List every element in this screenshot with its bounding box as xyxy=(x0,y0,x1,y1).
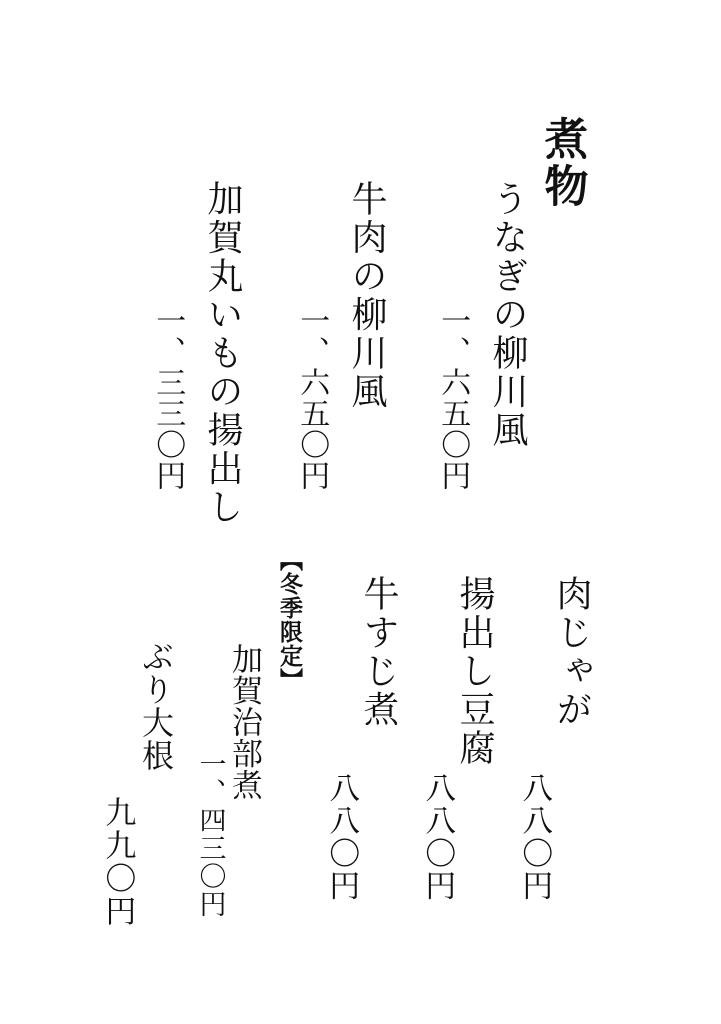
menu-item-agedashi-tofu: 揚出し豆腐 八八〇円 xyxy=(421,575,493,902)
dish-name: 牛肉の柳川風 xyxy=(347,180,385,491)
seasonal-badge: 【冬季限定】 xyxy=(278,548,302,692)
menu-item-kaga-maruimo-agedashi: 加賀丸いもの揚出し 一、三三〇円 xyxy=(152,180,241,527)
dish-name: うなぎの柳川風 xyxy=(488,180,526,491)
dish-price: 一、六五〇円 xyxy=(437,180,469,491)
dish-price: 八八〇円 xyxy=(325,575,358,902)
dish-price: 八八〇円 xyxy=(421,575,454,902)
menu-item-unagi-yanagawa: うなぎの柳川風 一、六五〇円 xyxy=(437,180,526,491)
dish-price: 一、四三〇円 xyxy=(196,643,224,918)
dish-price: 九九〇円 xyxy=(101,640,134,928)
dish-price: 一、三三〇円 xyxy=(152,180,184,527)
section-title-nimono: 煮物 xyxy=(538,116,584,210)
dish-name: ぶり大根 xyxy=(138,640,172,928)
dish-price: 一、六五〇円 xyxy=(296,180,328,491)
menu-item-buri-daikon: ぶり大根 九九〇円 xyxy=(101,640,172,928)
dish-name: 加賀丸いもの揚出し xyxy=(203,180,241,527)
dish-price: 八八〇円 xyxy=(518,575,551,902)
menu-item-nikujaga: 肉じゃが 八八〇円 xyxy=(518,575,590,902)
dish-name: 牛すじ煮 xyxy=(359,575,397,902)
dish-name: 揚出し豆腐 xyxy=(455,575,493,902)
dish-name: 加賀治部煮 xyxy=(227,643,260,918)
menu-item-gyuniku-yanagawa: 牛肉の柳川風 一、六五〇円 xyxy=(296,180,385,491)
menu-item-kaga-jibuni: 加賀治部煮 一、四三〇円 xyxy=(196,643,260,918)
menu-item-gyusuji-ni: 牛すじ煮 八八〇円 xyxy=(325,575,397,902)
menu-page: 煮物 うなぎの柳川風 一、六五〇円 牛肉の柳川風 一、六五〇円 加賀丸いもの揚出… xyxy=(0,0,721,1024)
dish-name: 肉じゃが xyxy=(552,575,590,902)
